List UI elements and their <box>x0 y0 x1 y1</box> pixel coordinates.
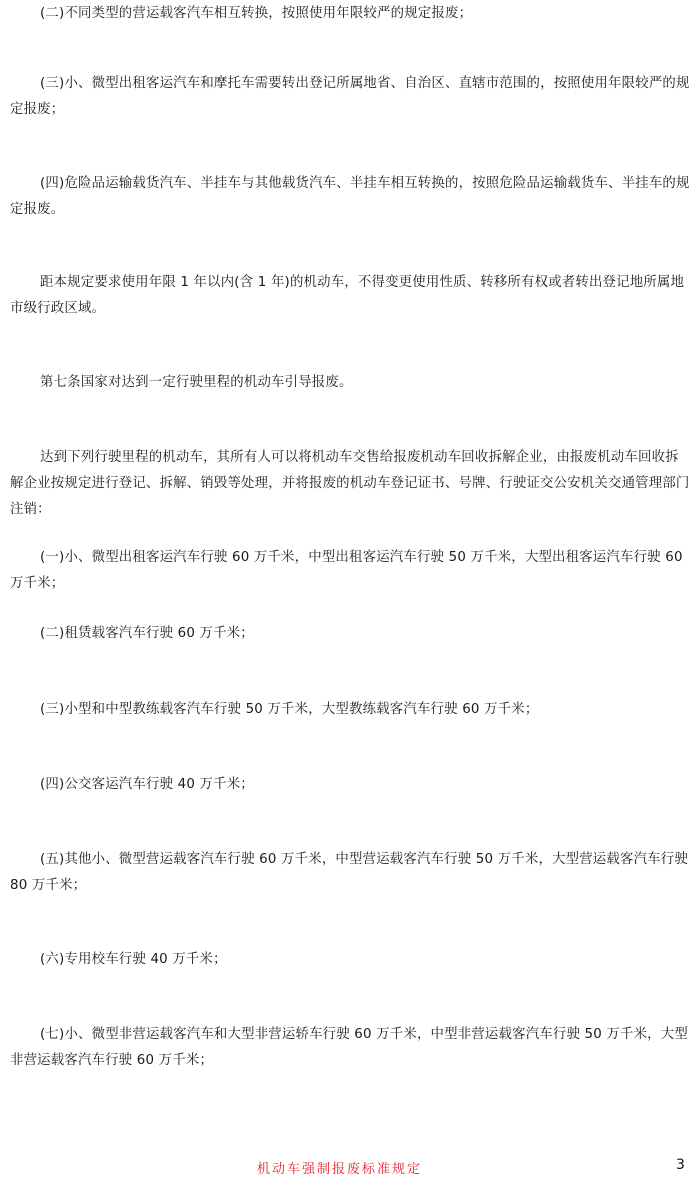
paragraph-clause-2: (二)不同类型的营运载客汽车相互转换，按照使用年限较严的规定报废； <box>10 1 692 27</box>
paragraph-mileage-6: (六)专用校车行驶 40 万千米； <box>10 947 692 973</box>
paragraph-mileage-7: (七)小、微型非营运载客汽车和大型非营运轿车行驶 60 万千米，中型非营运载客汽… <box>10 1022 692 1074</box>
paragraph-article-7: 第七条国家对达到一定行驶里程的机动车引导报废。 <box>10 370 692 396</box>
paragraph-mileage-4: (四)公交客运汽车行驶 40 万千米； <box>10 772 692 798</box>
paragraph-mileage-1: (一)小、微型出租客运汽车行驶 60 万千米，中型出租客运汽车行驶 50 万千米… <box>10 545 692 597</box>
paragraph-mileage-intro: 达到下列行驶里程的机动车，其所有人可以将机动车交售给报废机动车回收拆解企业，由报… <box>10 445 692 523</box>
paragraph-one-year-limit: 距本规定要求使用年限 1 年以内(含 1 年)的机动车，不得变更使用性质、转移所… <box>10 270 692 322</box>
paragraph-clause-4: (四)危险品运输载货汽车、半挂车与其他载货汽车、半挂车相互转换的，按照危险品运输… <box>10 171 692 223</box>
paragraph-clause-3: (三)小、微型出租客运汽车和摩托车需要转出登记所属地省、自治区、直辖市范围的，按… <box>10 71 692 123</box>
page-number: 3 <box>676 1157 685 1173</box>
paragraph-mileage-3: (三)小型和中型教练载客汽车行驶 50 万千米，大型教练载客汽车行驶 60 万千… <box>10 697 692 723</box>
paragraph-mileage-2: (二)租赁载客汽车行驶 60 万千米； <box>10 621 692 647</box>
footer-document-title: 机动车强制报废标准规定 <box>257 1158 422 1177</box>
paragraph-mileage-5: (五)其他小、微型营运载客汽车行驶 60 万千米，中型营运载客汽车行驶 50 万… <box>10 847 692 899</box>
